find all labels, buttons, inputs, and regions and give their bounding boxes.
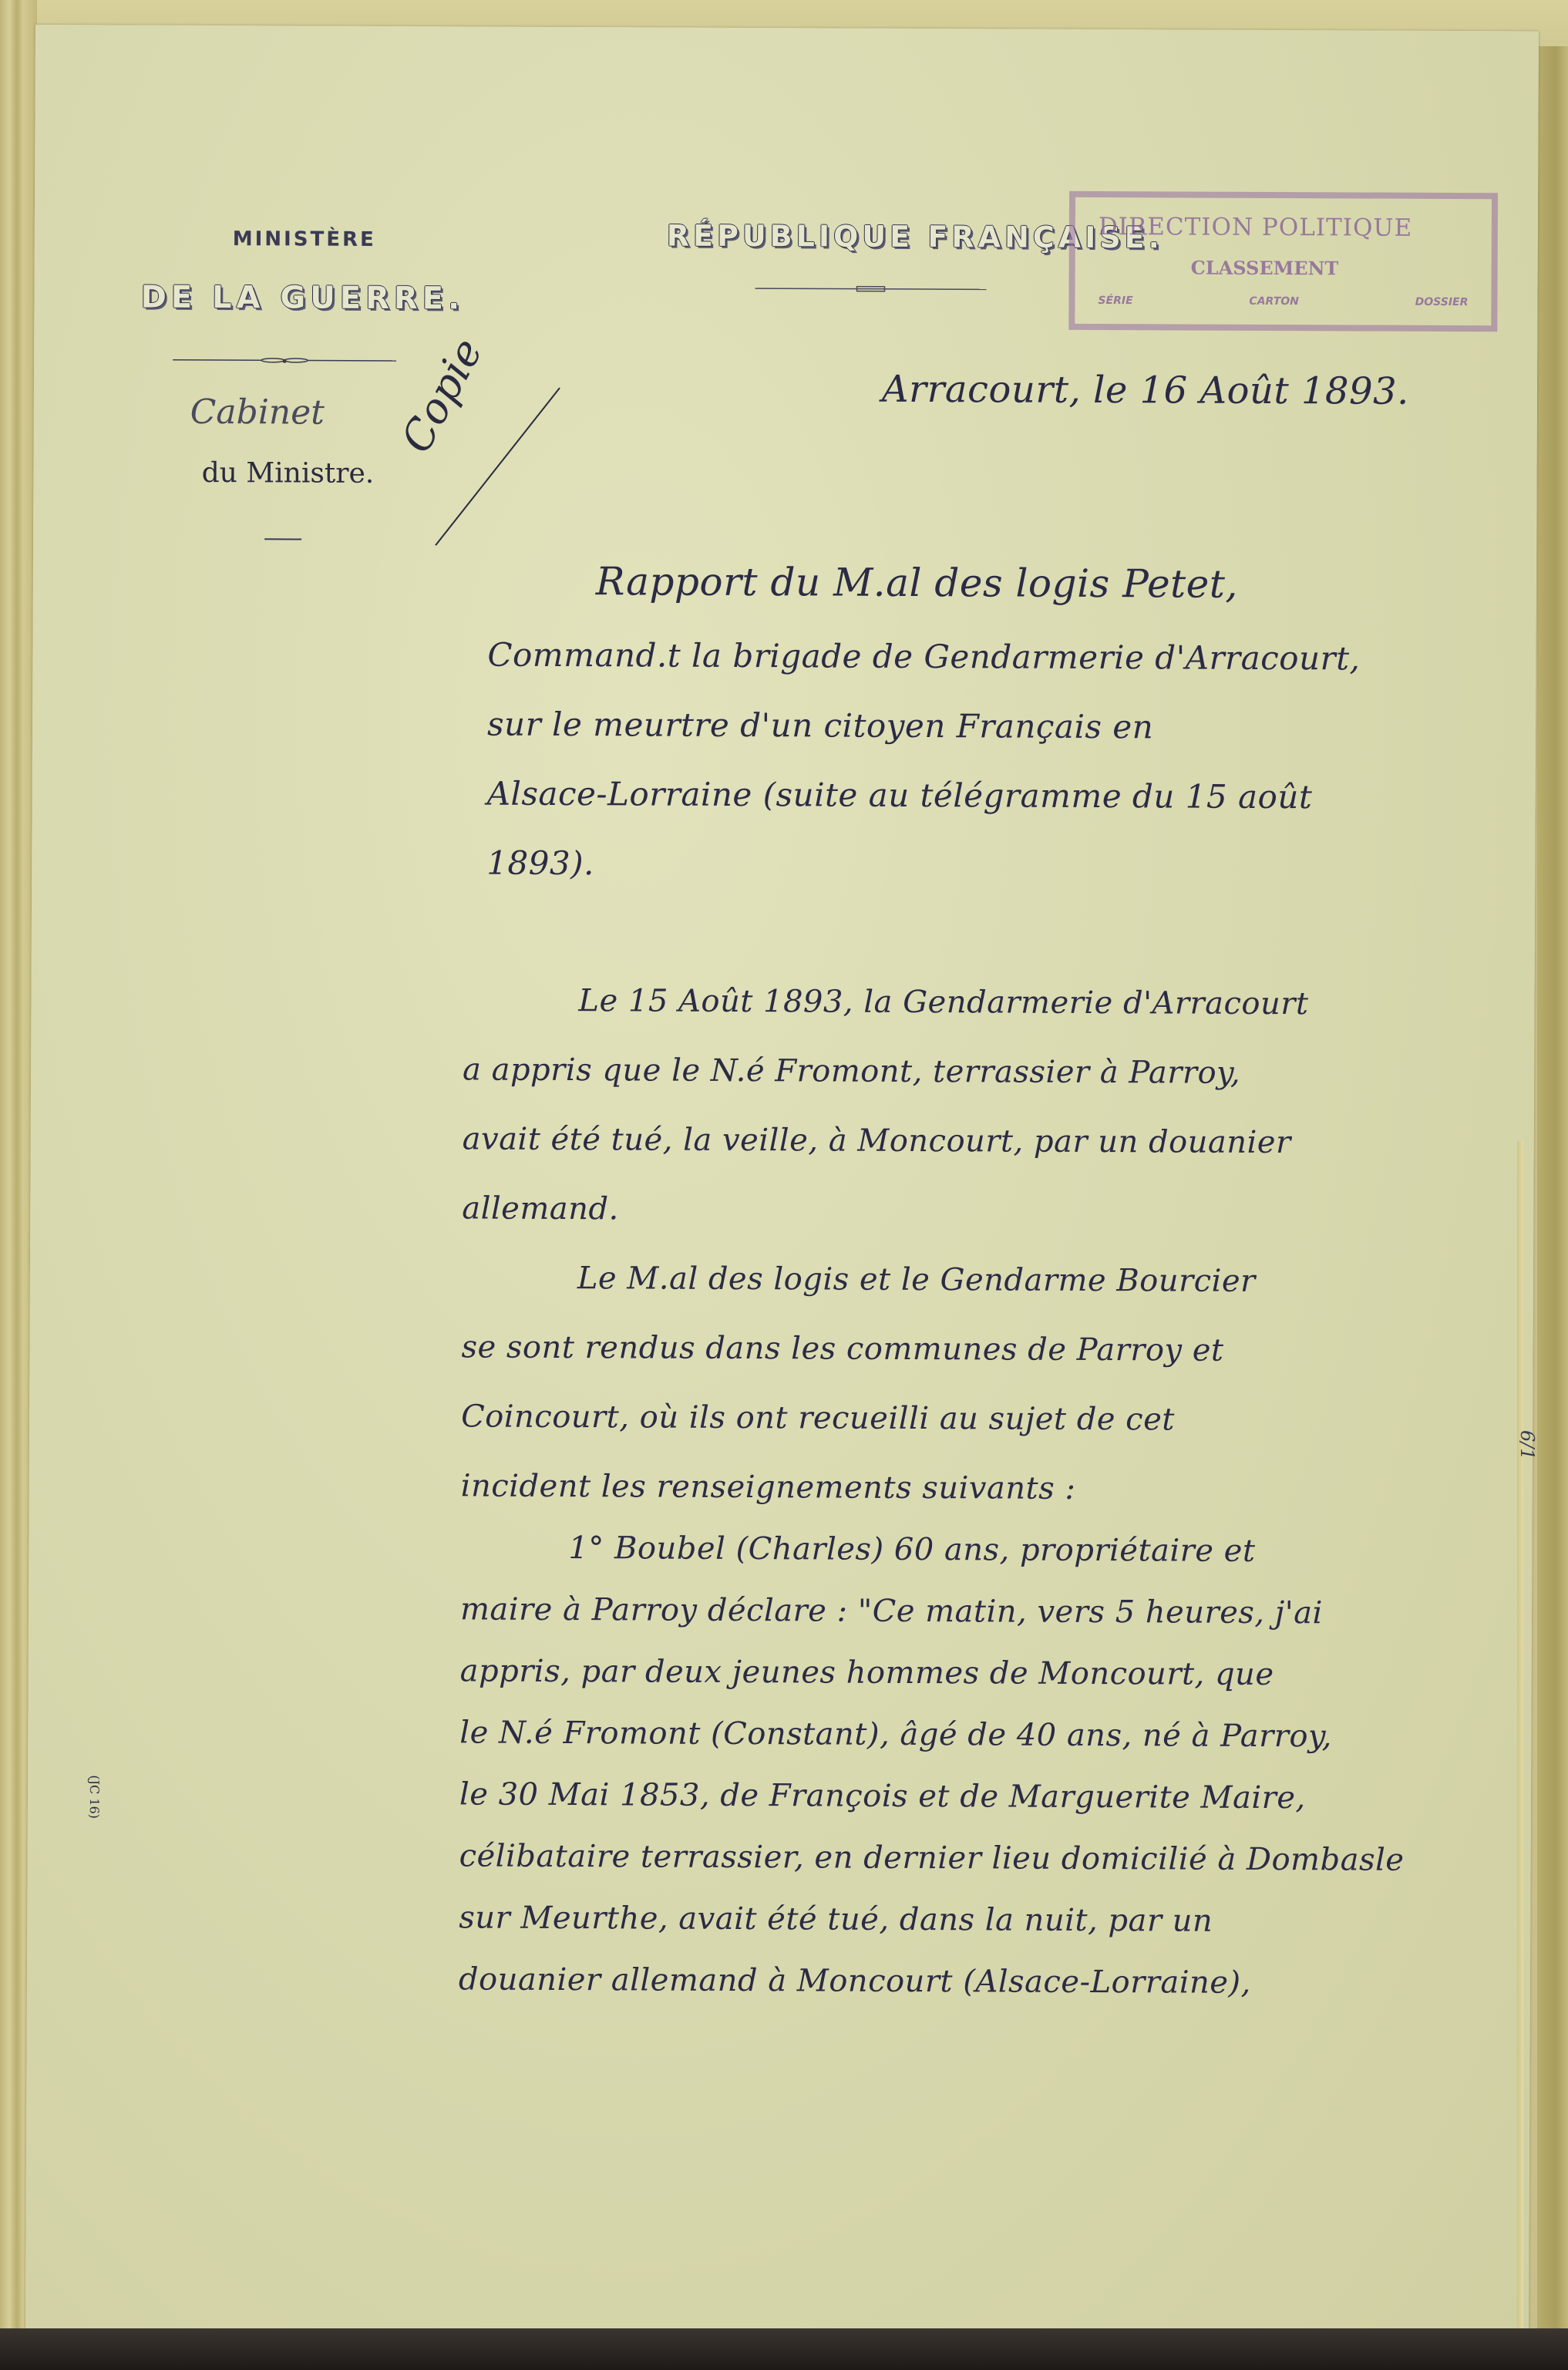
body-line: a appris que le N.é Fromont, terrassier … <box>463 1052 1240 1090</box>
classification-stamp: DIRECTION POLITIQUE CLASSEMENT SÉRIE CAR… <box>1068 191 1498 332</box>
body-line: appris, par deux jeunes hommes de Moncou… <box>460 1653 1274 1692</box>
report-title-line: 1893). <box>486 844 594 883</box>
body-line: incident les renseignements suivants : <box>461 1468 1076 1506</box>
short-divider <box>264 538 301 540</box>
copy-mark: Copie <box>392 331 492 461</box>
body-line: Le 15 Août 1893, la Gendarmerie d'Arraco… <box>578 983 1308 1022</box>
report-title-line: Alsace-Lorraine (suite au télégramme du … <box>487 775 1313 816</box>
ornament-rule-icon <box>173 355 396 365</box>
stamp-field-carton: CARTON <box>1233 295 1314 308</box>
body-line: célibataire terrassier, en dernier lieu … <box>459 1838 1405 1877</box>
body-line: maire à Parroy déclare : "Ce matin, vers… <box>460 1591 1323 1631</box>
stamp-title: DIRECTION POLITIQUE <box>1099 213 1412 242</box>
report-title-line: sur le meurtre d'un citoyen Français en <box>487 705 1153 746</box>
body-line: se sont rendus dans les communes de Parr… <box>461 1329 1223 1368</box>
stamp-subtitle: CLASSEMENT <box>1191 257 1339 280</box>
body-line: le N.é Fromont (Constant), âgé de 40 ans… <box>459 1715 1332 1754</box>
body-line: Coincourt, où ils ont recueilli au sujet… <box>461 1399 1175 1437</box>
body-line: sur Meurthe, avait été tué, dans la nuit… <box>459 1900 1213 1938</box>
du-ministre-label: du Ministre. <box>172 457 403 490</box>
body-line: 1° Boubel (Charles) 60 ans, propriétaire… <box>568 1530 1255 1569</box>
republic-rule-icon <box>755 285 986 292</box>
body-line: le 30 Mai 1853, de François et de Margue… <box>459 1776 1306 1816</box>
cabinet-label: Cabinet <box>165 392 350 433</box>
stamp-field-serie: SÉRIE <box>1082 295 1148 307</box>
body-line: allemand. <box>462 1190 619 1227</box>
body-line: Le M.al des logis et le Gendarme Bourcie… <box>577 1261 1256 1299</box>
stamp-fields: SÉRIE CARTON DOSSIER <box>1082 295 1483 308</box>
folder-right-edge <box>1537 46 1568 2359</box>
printer-reference-note: (JC 16) <box>87 1775 102 1819</box>
page-fold <box>1517 1141 1523 2328</box>
document-sheet: MINISTÈRE DE LA GUERRE. Cabinet du Minis… <box>25 25 1539 2338</box>
body-line: douanier allemand à Moncourt (Alsace-Lor… <box>459 1961 1251 2000</box>
edge-pencil-note: 6/1 <box>1516 1430 1538 1460</box>
body-line: avait été tué, la veille, à Moncourt, pa… <box>463 1121 1291 1160</box>
place-date: Arracourt, le 16 Août 1893. <box>882 368 1409 413</box>
report-title-line: Rapport du M.al des logis Petet, <box>596 559 1238 607</box>
report-title-line: Command.t la brigade de Gendarmerie d'Ar… <box>487 636 1360 678</box>
stamp-field-dossier: DOSSIER <box>1400 296 1484 308</box>
ministry-name: DE LA GUERRE. <box>125 280 479 317</box>
desk-shadow <box>0 2328 1568 2370</box>
ministry-header: MINISTÈRE <box>212 227 397 251</box>
